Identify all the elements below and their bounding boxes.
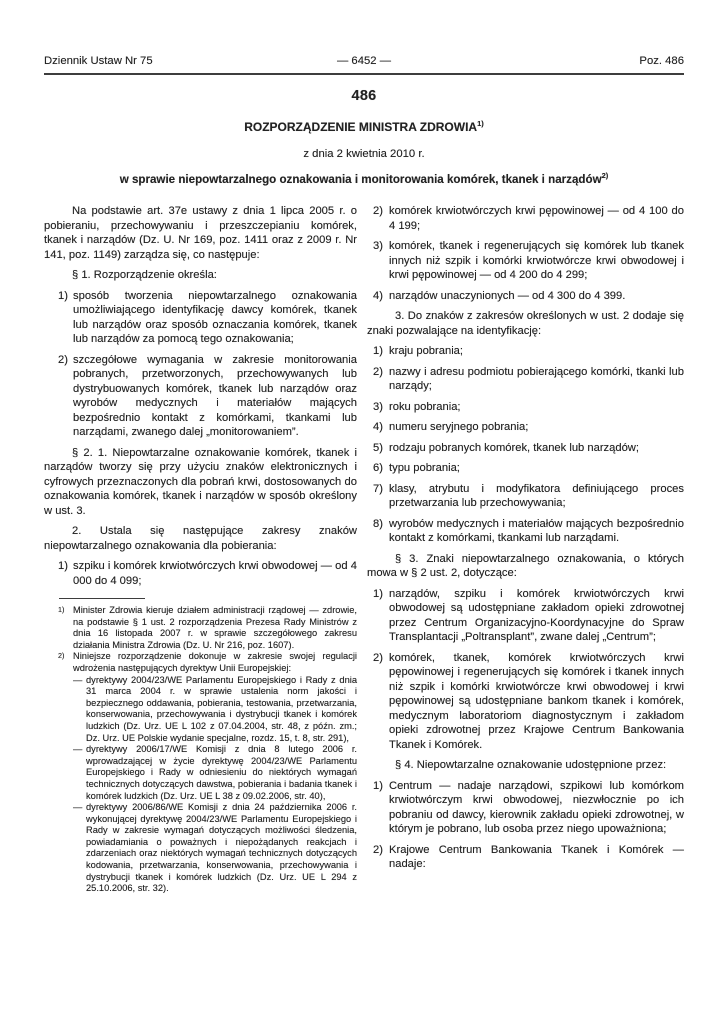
left-column: Na podstawie art. 37e ustawy z dnia 1 li… xyxy=(44,204,357,895)
list-item: 8) wyrobów medycznych i materiałów mając… xyxy=(367,517,684,546)
list-item-text: komórek, tkanek i regenerujących się kom… xyxy=(389,240,684,281)
list-item: 1) narządów, szpiku i komórek krwiotwórc… xyxy=(367,587,684,645)
paragraph: Na podstawie art. 37e ustawy z dnia 1 li… xyxy=(44,204,357,262)
list-item: 1) szpiku i komórek krwiotwórczych krwi … xyxy=(44,559,357,588)
paragraph: § 4. Niepowtarzalne oznakowanie udostępn… xyxy=(367,758,684,773)
list-item: 1) sposób tworzenia niepowtarzalnego ozn… xyxy=(44,289,357,347)
list-item-text: komórek krwiotwórczych krwi pępowinowej … xyxy=(389,205,684,232)
list-item-text: szpiku i komórek krwiotwórczych krwi obw… xyxy=(73,560,357,587)
list-item-number: 2) xyxy=(373,843,383,858)
dash-marker: — xyxy=(73,744,82,756)
list-item: 2) nazwy i adresu podmiotu pobierającego… xyxy=(367,365,684,394)
list-item: 4) narządów unaczynionych — od 4 300 do … xyxy=(367,289,684,304)
list-item: 6) typu pobrania; xyxy=(367,461,684,476)
list-item-number: 2) xyxy=(373,365,383,380)
list-item: 2) szczegółowe wymagania w zakresie moni… xyxy=(44,353,357,440)
list-item-text: Krajowe Centrum Bankowania Tkanek i Komó… xyxy=(389,844,684,871)
act-subject-text: w sprawie niepowtarzalnego oznakowania i… xyxy=(120,173,602,186)
list-item: 2) komórek, tkanek, komórek krwiotwórczy… xyxy=(367,651,684,753)
list-item: 2) komórek krwiotwórczych krwi pępowinow… xyxy=(367,204,684,233)
list-item: 5) rodzaju pobranych komórek, tkanek lub… xyxy=(367,441,684,456)
list-item-text: komórek, tkanek, komórek krwiotwórczych … xyxy=(389,652,684,751)
list-item-number: 6) xyxy=(373,461,383,476)
act-title-text: ROZPORZĄDZENIE MINISTRA ZDROWIA xyxy=(244,120,477,134)
list-item-number: 5) xyxy=(373,441,383,456)
list-item-number: 1) xyxy=(373,344,383,359)
footnote-marker: 2) xyxy=(58,650,64,662)
list-item-number: 3) xyxy=(373,400,383,415)
list-item-number: 3) xyxy=(373,239,383,254)
footnote-text: Minister Zdrowia kieruje działem adminis… xyxy=(73,605,357,650)
act-title-footnote-ref: 1) xyxy=(477,119,484,128)
list-item-text: kraju pobrania; xyxy=(389,345,463,357)
list-item-text: wyrobów medycznych i materiałów mających… xyxy=(389,518,684,545)
list-item-number: 1) xyxy=(58,289,68,304)
list-item: 3) roku pobrania; xyxy=(367,400,684,415)
paragraph: § 2. 1. Niepowtarzalne oznakowanie komór… xyxy=(44,446,357,519)
list-item-text: szczegółowe wymagania w zakresie monitor… xyxy=(73,354,357,439)
list-item-number: 4) xyxy=(373,420,383,435)
list-item-text: narządów, szpiku i komórek krwiotwórczyc… xyxy=(389,588,684,644)
paragraph: § 1. Rozporządzenie określa: xyxy=(44,268,357,283)
list-item-text: typu pobrania; xyxy=(389,462,460,474)
act-subject-footnote-ref: 2) xyxy=(602,171,609,180)
paragraph: 3. Do znaków z zakresów określonych w us… xyxy=(367,309,684,338)
footnote: 1) Minister Zdrowia kieruje działem admi… xyxy=(44,605,357,651)
dash-marker: — xyxy=(73,802,82,814)
list-item-number: 1) xyxy=(373,587,383,602)
list-item-text: Centrum — nadaje narządowi, szpikowi lub… xyxy=(389,780,684,836)
list-item-text: numeru seryjnego pobrania; xyxy=(389,421,528,433)
list-item-text: sposób tworzenia niepowtarzalnego oznako… xyxy=(73,290,357,346)
footnotes-section: 1) Minister Zdrowia kieruje działem admi… xyxy=(44,598,357,895)
footnote: 2) Niniejsze rozporządzenie dokonuje w z… xyxy=(44,651,357,894)
list-item-number: 4) xyxy=(373,289,383,304)
dash-marker: — xyxy=(73,675,82,687)
list-item-number: 2) xyxy=(373,651,383,666)
paragraph: § 3. Znaki niepowtarzalnego oznakowania,… xyxy=(367,552,684,581)
act-subject: w sprawie niepowtarzalnego oznakowania i… xyxy=(44,173,684,186)
page-header: Dziennik Ustaw Nr 75 — 6452 — Poz. 486 xyxy=(44,55,684,67)
list-item: 7) klasy, atrybutu i modyfikatora defini… xyxy=(367,482,684,511)
footnote-list: 1) Minister Zdrowia kieruje działem admi… xyxy=(44,605,357,895)
page-number: — 6452 — xyxy=(44,55,684,67)
footnote-marker: 1) xyxy=(58,604,64,616)
paragraph: 2. Ustala się następujące zakresy znaków… xyxy=(44,524,357,553)
list-item-number: 1) xyxy=(373,779,383,794)
footnote-subitem: — dyrektywy 2006/17/WE Komisji z dnia 8 … xyxy=(73,744,357,802)
list-item: 1) kraju pobrania; xyxy=(367,344,684,359)
list-item-text: rodzaju pobranych komórek, tkanek lub na… xyxy=(389,442,639,454)
footnote-subitem: — dyrektywy 2004/23/WE Parlamentu Europe… xyxy=(73,675,357,745)
list-item-number: 8) xyxy=(373,517,383,532)
footnote-text: Niniejsze rozporządzenie dokonuje w zakr… xyxy=(73,651,357,673)
list-item: 3) komórek, tkanek i regenerujących się … xyxy=(367,239,684,283)
list-item-number: 7) xyxy=(373,482,383,497)
list-item-number: 2) xyxy=(58,353,68,368)
right-column: 2) komórek krwiotwórczych krwi pępowinow… xyxy=(367,204,684,872)
footnote-subitem-text: dyrektywy 2006/86/WE Komisji z dnia 24 p… xyxy=(86,802,357,893)
list-item: 1) Centrum — nadaje narządowi, szpikowi … xyxy=(367,779,684,837)
list-item-text: nazwy i adresu podmiotu pobierającego ko… xyxy=(389,366,684,393)
list-item-text: klasy, atrybutu i modyfikatora definiują… xyxy=(389,483,684,510)
list-item: 4) numeru seryjnego pobrania; xyxy=(367,420,684,435)
footnote-divider xyxy=(59,598,145,599)
list-item-text: narządów unaczynionych — od 4 300 do 4 3… xyxy=(389,290,625,302)
document-page: Dziennik Ustaw Nr 75 — 6452 — Poz. 486 4… xyxy=(44,55,684,895)
footnote-subitem: — dyrektywy 2006/86/WE Komisji z dnia 24… xyxy=(73,802,357,895)
list-item: 2) Krajowe Centrum Bankowania Tkanek i K… xyxy=(367,843,684,872)
header-rule xyxy=(44,73,684,75)
act-date: z dnia 2 kwietnia 2010 r. xyxy=(44,148,684,160)
footnote-subitem-text: dyrektywy 2004/23/WE Parlamentu Europejs… xyxy=(86,675,357,743)
act-title: ROZPORZĄDZENIE MINISTRA ZDROWIA1) xyxy=(44,120,684,134)
footnote-subitem-text: dyrektywy 2006/17/WE Komisji z dnia 8 lu… xyxy=(86,744,357,800)
act-number: 486 xyxy=(44,88,684,104)
two-column-body: Na podstawie art. 37e ustawy z dnia 1 li… xyxy=(44,204,684,895)
list-item-text: roku pobrania; xyxy=(389,401,461,413)
list-item-number: 2) xyxy=(373,204,383,219)
list-item-number: 1) xyxy=(58,559,68,574)
